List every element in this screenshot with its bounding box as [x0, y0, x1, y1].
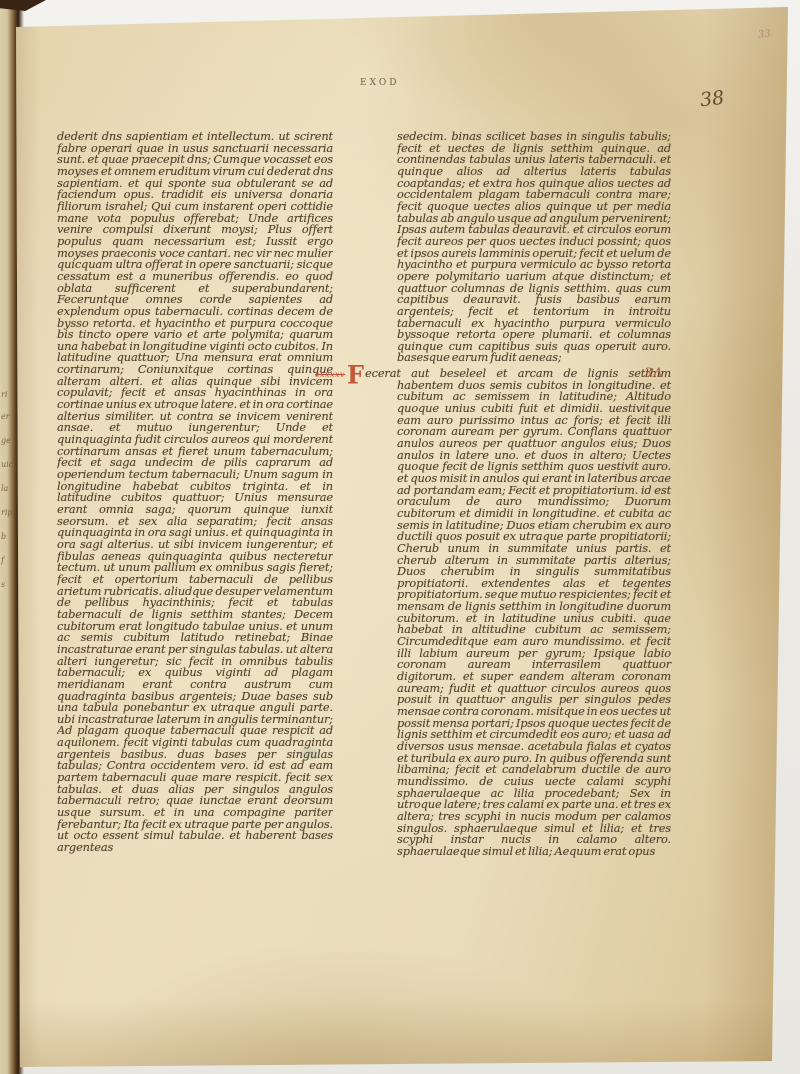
section-number-rubric: cxxxxv — [315, 370, 345, 379]
text-column-right: sedecim. binas scilicet bases in singuli… — [397, 131, 671, 926]
edge-text-fragment: s — [1, 580, 13, 589]
manuscript-page: 33 38 EXOD dederit dns sapientiam et int… — [0, 0, 800, 1074]
chapter-margin-number: 3Λ — [644, 366, 664, 381]
edge-text-fragment: er — [1, 412, 13, 421]
edge-text-fragment: la — [1, 484, 13, 493]
edge-text-fragment: ge — [1, 436, 13, 445]
edge-text-fragment: ri — [1, 390, 13, 399]
edge-text-fragment: rip — [1, 508, 13, 517]
photo-background: ri er ge uic la rip b f s 33 38 EXOD ded… — [0, 0, 800, 1074]
folio-number: 38 — [699, 87, 726, 112]
ink-stain — [296, 745, 322, 761]
right-column-exodus37: ecerat aut beseleel et arcam de lignis s… — [397, 368, 671, 858]
rubricated-initial-F: F — [347, 359, 364, 389]
text-column-left: dederit dns sapientiam et intellectum. u… — [57, 131, 333, 903]
right-column-exodus36: sedecim. binas scilicet bases in singuli… — [397, 131, 671, 368]
corner-folio-number: 33 — [757, 28, 771, 40]
edge-text-fragment: b — [1, 532, 13, 541]
edge-text-fragment: f — [1, 556, 13, 565]
edge-text-fragment: uic — [1, 460, 13, 469]
running-header: EXOD — [360, 78, 399, 88]
